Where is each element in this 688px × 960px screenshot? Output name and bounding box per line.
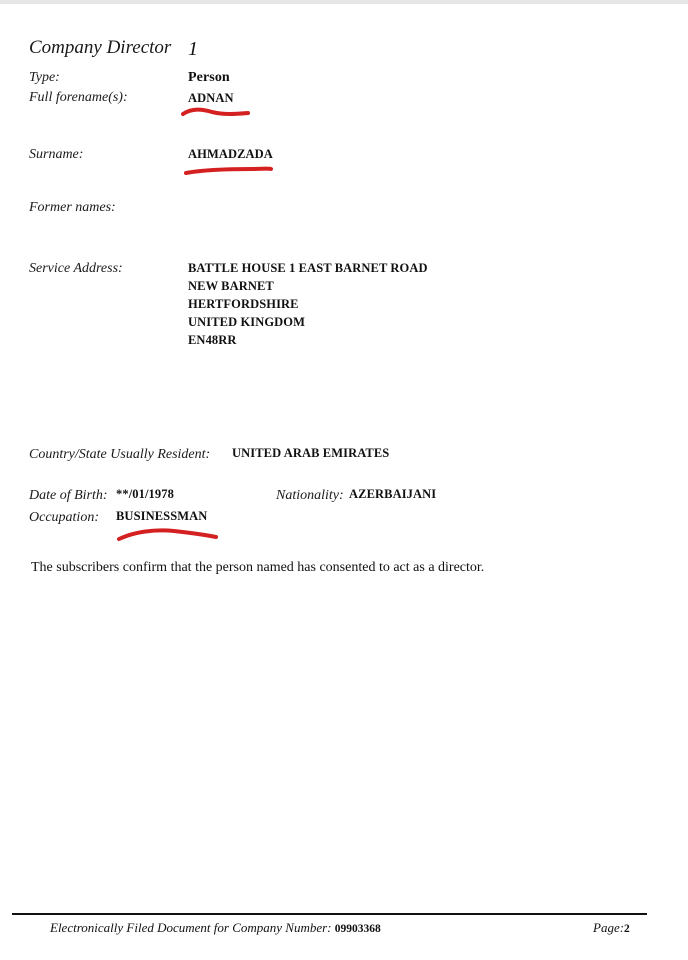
footer-rule — [12, 913, 647, 915]
address-line-4: UNITED KINGDOM — [188, 313, 428, 331]
consent-statement: The subscribers confirm that the person … — [31, 560, 484, 576]
address-line-2: NEW BARNET — [188, 277, 428, 295]
type-label: Type: — [29, 70, 60, 86]
director-number: 1 — [188, 38, 198, 61]
forenames-value: ADNAN — [188, 91, 234, 106]
surname-label: Surname: — [29, 147, 83, 163]
section-title: Company Director — [29, 37, 171, 59]
page-top-edge — [0, 0, 688, 4]
service-address-value: BATTLE HOUSE 1 EAST BARNET ROAD NEW BARN… — [188, 259, 428, 349]
dob-label: Date of Birth: — [29, 488, 108, 504]
page-label: Page: — [593, 920, 624, 935]
former-names-label: Former names: — [29, 200, 116, 216]
occupation-value: BUSINESSMAN — [116, 509, 207, 524]
surname-value: AHMADZADA — [188, 147, 273, 162]
surname-red-underline — [182, 164, 274, 178]
address-line-5: EN48RR — [188, 331, 428, 349]
footer-page: Page:2 — [593, 920, 630, 936]
company-number: 09903368 — [335, 923, 381, 935]
dob-value: **/01/1978 — [116, 487, 174, 502]
occupation-label: Occupation: — [29, 510, 99, 526]
address-line-1: BATTLE HOUSE 1 EAST BARNET ROAD — [188, 259, 428, 277]
page-number: 2 — [624, 923, 630, 935]
nationality-label: Nationality: — [276, 488, 344, 504]
country-resident-value: UNITED ARAB EMIRATES — [232, 446, 389, 461]
service-address-label: Service Address: — [29, 261, 123, 277]
occupation-red-underline — [114, 527, 220, 543]
country-resident-label: Country/State Usually Resident: — [29, 447, 210, 463]
footer-company-number: Electronically Filed Document for Compan… — [50, 920, 381, 936]
footer-label: Electronically Filed Document for Compan… — [50, 920, 332, 935]
nationality-value: AZERBAIJANI — [349, 487, 436, 502]
forenames-label: Full forename(s): — [29, 90, 128, 106]
forenames-red-underline — [180, 106, 252, 120]
address-line-3: HERTFORDSHIRE — [188, 295, 428, 313]
type-value: Person — [188, 70, 230, 86]
